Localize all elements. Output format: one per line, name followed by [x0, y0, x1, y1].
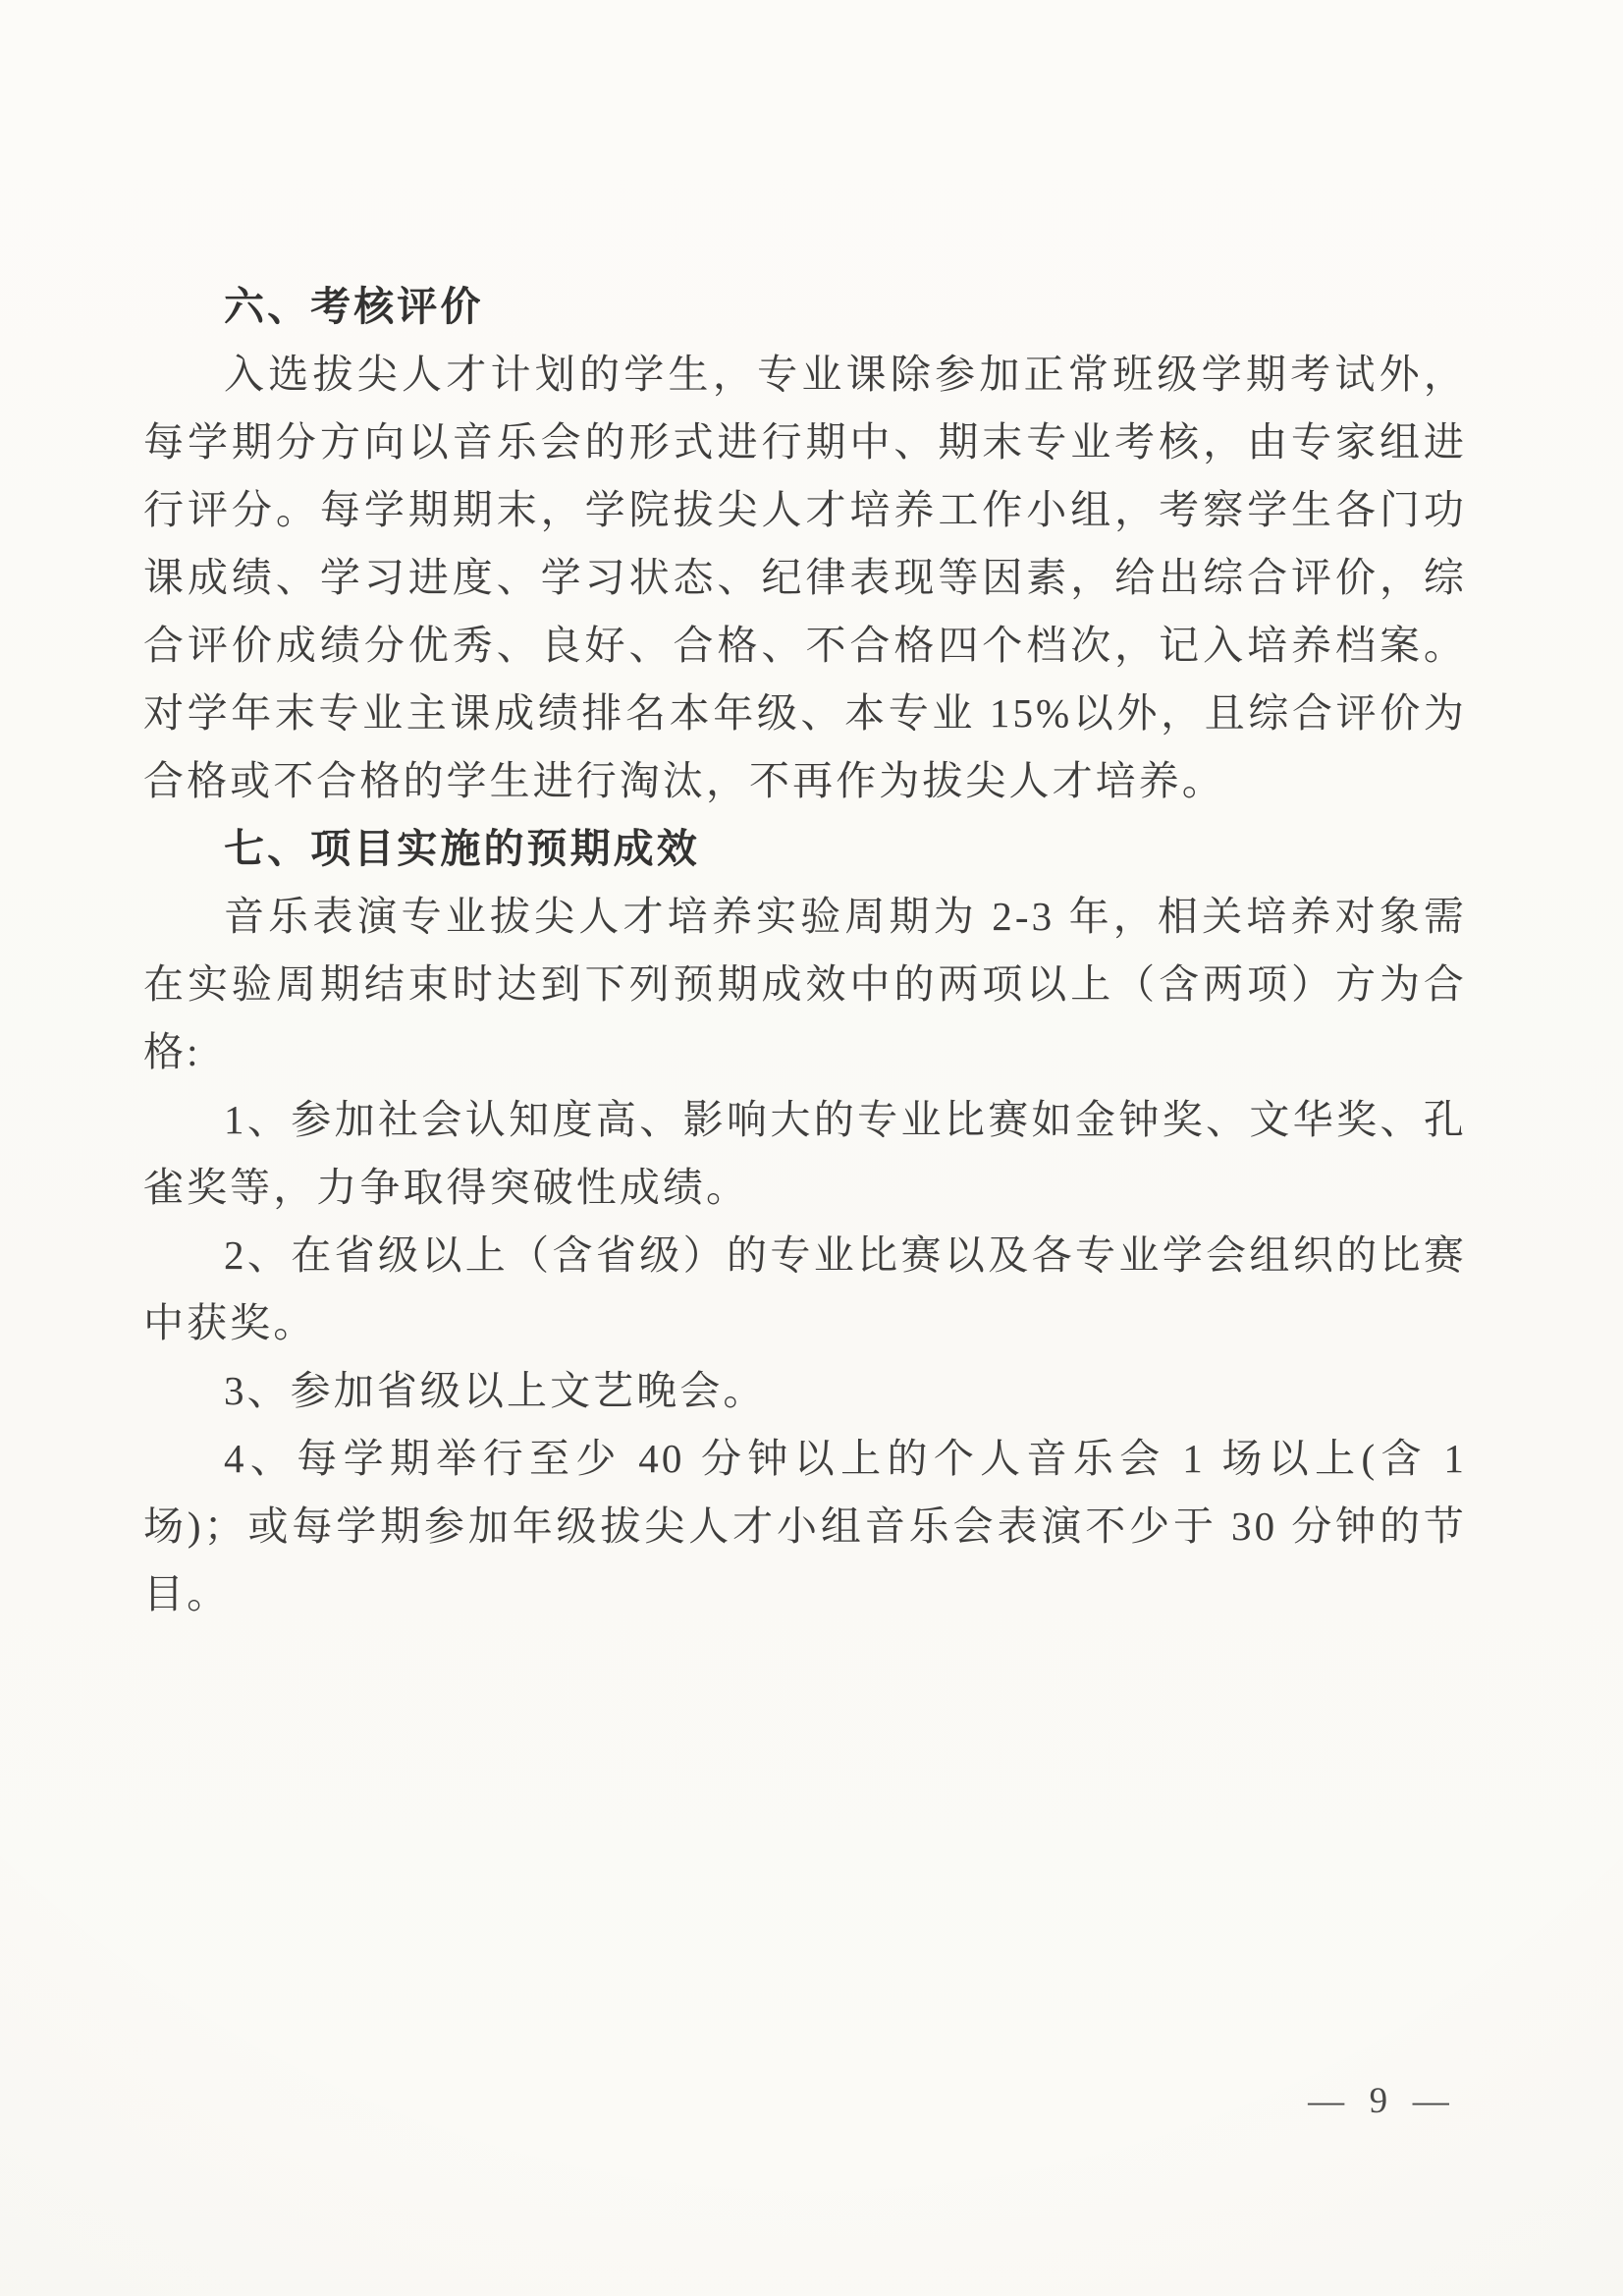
section-7-item-1: 1、参加社会认知度高、影响大的专业比赛如金钟奖、文华奖、孔雀奖等，力争取得突破性…: [143, 1086, 1467, 1222]
section-7-item-3: 3、参加省级以上文艺晚会。: [143, 1357, 1467, 1425]
section-6-heading: 六、考核评价: [143, 273, 1467, 341]
scanned-document-page: 六、考核评价 入选拔尖人才计划的学生，专业课除参加正常班级学期考试外，每学期分方…: [0, 0, 1623, 2296]
section-7-intro-paragraph: 音乐表演专业拔尖人才培养实验周期为 2-3 年，相关培养对象需在实验周期结束时达…: [143, 883, 1467, 1086]
section-7-item-2: 2、在省级以上（含省级）的专业比赛以及各专业学会组织的比赛中获奖。: [143, 1222, 1467, 1357]
page-number: — 9 —: [1294, 2080, 1471, 2122]
section-6-paragraph: 入选拔尖人才计划的学生，专业课除参加正常班级学期考试外，每学期分方向以音乐会的形…: [143, 341, 1467, 815]
section-7-item-4: 4、每学期举行至少 40 分钟以上的个人音乐会 1 场以上(含 1 场)；或每学…: [143, 1425, 1467, 1628]
document-body: 六、考核评价 入选拔尖人才计划的学生，专业课除参加正常班级学期考试外，每学期分方…: [143, 273, 1467, 1628]
section-7-heading: 七、项目实施的预期成效: [143, 815, 1467, 883]
